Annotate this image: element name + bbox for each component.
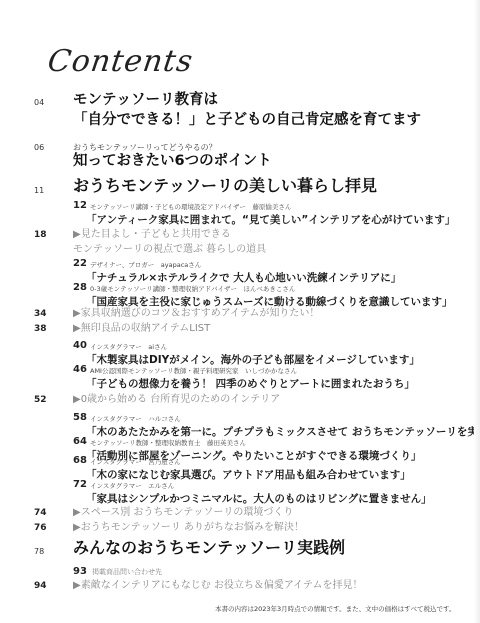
- feature-link[interactable]: ▶無印良品の収納アイテムLIST: [73, 321, 210, 336]
- article-quote[interactable]: 「ナチュラル×ホテルライクで 大人も心地いい洗練インテリアに」: [86, 270, 401, 285]
- page-number: 58: [73, 412, 87, 423]
- page-number: 11: [34, 186, 44, 195]
- credit: デザイナー、ブロガー ayapacaさん: [90, 260, 201, 269]
- page-number: 78: [34, 547, 44, 556]
- page-number: 68: [73, 455, 87, 466]
- page-number: 12: [73, 200, 87, 211]
- credit: 0-3歳モンテッソーリ講師・整理収納アドバイザー ほんべあきこさん: [90, 284, 295, 293]
- page-number: 72: [73, 479, 87, 490]
- page-number: 04: [34, 98, 44, 107]
- article-quote[interactable]: 「アンティーク家具に囲まれて。“見て美しい”インテリアを心がけています」: [86, 212, 455, 227]
- page-number: 40: [73, 340, 87, 351]
- contents-title: Contents: [46, 44, 196, 79]
- page-number: 38: [34, 324, 47, 334]
- feature-line1[interactable]: ▶見た目よし・子どもと共用できる: [73, 227, 231, 242]
- credit: インスタグラマー aiさん: [90, 342, 167, 351]
- feature-line2[interactable]: モンテッソーリの視点で選ぶ 暮らしの道具: [73, 242, 266, 257]
- feature-link[interactable]: ▶素敵なインテリアにもなじむ お役立ち＆偏愛アイテムを拝見！: [73, 578, 362, 593]
- section-heading[interactable]: おうちモンテッソーリの美しい暮らし拝見: [73, 176, 377, 196]
- page-number: 34: [34, 309, 47, 319]
- page-edge-shadow: [474, 0, 480, 623]
- credit: インスタグラマー エルさん: [90, 481, 174, 490]
- section-heading[interactable]: 知っておきたい6つのポイント: [73, 151, 272, 171]
- footnote: 本書の内容は2023年3月時点での情報です。また、文中の価格はすべて税込です。: [215, 604, 456, 613]
- page-number: 52: [34, 395, 47, 405]
- page-number: 94: [34, 581, 47, 591]
- page-number: 22: [73, 258, 87, 269]
- feature-link[interactable]: ▶おうちモンテッソーリ ありがちなお悩みを解決！: [73, 520, 304, 535]
- credit: AMI公認国際モンテッソーリ教師・親子料理研究家 いしづかかなさん: [90, 366, 297, 375]
- page-number: 46: [73, 364, 87, 375]
- credit: インスタグラマー ハルコさん: [90, 414, 181, 423]
- feature-link[interactable]: ▶0歳から始める 台所育児のためのインテリア: [73, 392, 280, 407]
- feature-link[interactable]: ▶スペース別 おうちモンテッソーリの環境づくり: [73, 505, 293, 520]
- credit: モンテッソーリ講師・子どもの環境設定アドバイザー 藤原愉美さん: [90, 202, 291, 211]
- page-number: 74: [34, 508, 47, 518]
- article-quote[interactable]: 「木の家になじむ家具選び。アウトドア用品も組み合わせています」: [86, 467, 411, 482]
- page-number: 64: [73, 436, 87, 447]
- page-number: 93: [73, 566, 87, 577]
- page-number: 28: [73, 282, 87, 293]
- article-quote[interactable]: 「木のあたたかみを第一に。プチプラもミックスさせて おうちモンテッソーリを実践！…: [86, 424, 480, 439]
- page-number: 06: [34, 143, 44, 152]
- article-quote[interactable]: 「木製家具はDIYがメイン。海外の子ども部屋をイメージしています」: [86, 352, 420, 367]
- section-heading-line1[interactable]: モンテッソーリ教育は: [73, 90, 218, 110]
- credit: インスタグラマー 宮乃屋さん: [90, 457, 181, 466]
- page-number: 18: [34, 230, 47, 240]
- article-quote[interactable]: 「子どもの想像力を養う！ 四季のめぐりとアートに囲まれたおうち」: [86, 376, 415, 391]
- credit: モンテッソーリ教師・整理収納教育士 藤田英美さん: [90, 438, 246, 447]
- article-quote[interactable]: 「家具はシンプルかつミニマルに。大人のものはリビングに置きません」: [86, 491, 432, 506]
- page-number: 76: [34, 523, 47, 533]
- feature-link[interactable]: ▶家具収納選びのコツ＆おすすめアイテムが知りたい！: [73, 306, 319, 321]
- section-heading-line2[interactable]: 「自分でできる！」と子どもの自己肯定感を育てます: [73, 110, 421, 130]
- section-heading[interactable]: みんなのおうちモンテッソーリ実践例: [73, 538, 345, 558]
